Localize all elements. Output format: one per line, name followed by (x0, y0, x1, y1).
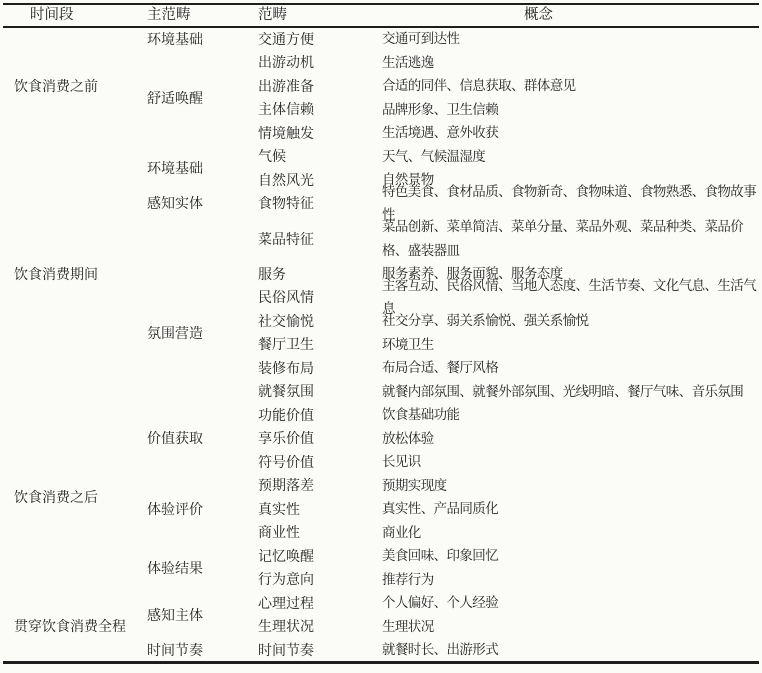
category-cell: 预期落差 (258, 475, 382, 495)
table-row: 出游准备 合适的同伴、信息获取、群体意见 (0, 74, 762, 98)
table-row: 交通方便 交通可到达性 (0, 27, 762, 51)
category-cell: 行为意向 (258, 569, 382, 589)
category-cell: 生理状况 (258, 616, 382, 636)
table-row: 民俗风情 主客互动、民俗风情、当地人态度、生活节奏、文化气息、生活气息 (0, 286, 762, 310)
category-cell: 交通方便 (258, 29, 382, 49)
table-row: 商业性 商业化 (0, 521, 762, 545)
concept-cell: 生活逃逸 (382, 51, 762, 75)
category-cell: 功能价值 (258, 405, 382, 425)
concept-cell: 预期实现度 (382, 474, 762, 498)
table-row: 真实性 真实性、产品同质化 (0, 497, 762, 521)
table-row: 社交愉悦 社交分享、弱关系愉悦、强关系愉悦 (0, 309, 762, 333)
concept-cell: 就餐时长、出游形式 (382, 638, 762, 662)
concept-cell: 合适的同伴、信息获取、群体意见 (382, 74, 762, 98)
concept-cell: 生活境遇、意外收获 (382, 121, 762, 145)
concept-cell: 布局合适、餐厅风格 (382, 356, 762, 380)
column-header-time-period: 时间段 (30, 5, 74, 25)
column-header-category: 范畴 (258, 5, 287, 25)
table-row: 餐厅卫生 环境卫生 (0, 333, 762, 357)
table-row: 出游动机 生活逃逸 (0, 51, 762, 75)
concept-cell: 菜品创新、菜单简洁、菜单分量、菜品外观、菜品种类、菜品价格、盛装器皿 (382, 215, 762, 262)
category-cell: 自然风光 (258, 170, 382, 190)
category-cell: 社交愉悦 (258, 311, 382, 331)
category-cell: 餐厅卫生 (258, 334, 382, 354)
table-top-rule (3, 3, 759, 5)
table-row: 装修布局 布局合适、餐厅风格 (0, 356, 762, 380)
category-cell: 食物特征 (258, 193, 382, 213)
category-cell: 情境触发 (258, 123, 382, 143)
category-cell: 气候 (258, 146, 382, 166)
table-row: 享乐价值 放松体验 (0, 427, 762, 451)
category-cell: 符号价值 (258, 452, 382, 472)
category-cell: 享乐价值 (258, 428, 382, 448)
category-cell: 记忆唤醒 (258, 546, 382, 566)
table-row: 主体信赖 品牌形象、卫生信赖 (0, 98, 762, 122)
concept-cell: 就餐内部氛围、就餐外部氛围、光线明暗、餐厅气味、音乐氛围 (382, 380, 762, 404)
table-row: 符号价值 长见识 (0, 450, 762, 474)
category-cell: 商业性 (258, 522, 382, 542)
concept-cell: 美食回味、印象回忆 (382, 544, 762, 568)
concept-cell: 长见识 (382, 450, 762, 474)
table-row: 菜品特征 菜品创新、菜单简洁、菜单分量、菜品外观、菜品种类、菜品价格、盛装器皿 (0, 215, 762, 262)
table-row: 气候 天气、气候温湿度 (0, 145, 762, 169)
concept-cell: 真实性、产品同质化 (382, 497, 762, 521)
category-cell: 装修布局 (258, 358, 382, 378)
category-cell: 心理过程 (258, 593, 382, 613)
category-cell: 出游准备 (258, 76, 382, 96)
table-row: 情境触发 生活境遇、意外收获 (0, 121, 762, 145)
concept-cell: 放松体验 (382, 427, 762, 451)
concept-cell: 生理状况 (382, 615, 762, 639)
concept-cell: 社交分享、弱关系愉悦、强关系愉悦 (382, 309, 762, 333)
column-header-main-category: 主范畴 (147, 5, 191, 25)
concept-cell: 推荐行为 (382, 568, 762, 592)
category-cell: 主体信赖 (258, 99, 382, 119)
table-row: 食物特征 特色美食、食材品质、食物新奇、食物味道、食物熟悉、食物故事性 (0, 192, 762, 216)
concept-cell: 天气、气候温湿度 (382, 145, 762, 169)
category-cell: 服务 (258, 264, 382, 284)
table-row: 预期落差 预期实现度 (0, 474, 762, 498)
concept-cell: 交通可到达性 (382, 27, 762, 51)
category-cell: 时间节奏 (258, 640, 382, 660)
table-row: 心理过程 个人偏好、个人经验 (0, 591, 762, 615)
concept-cell: 品牌形象、卫生信赖 (382, 98, 762, 122)
category-cell: 出游动机 (258, 52, 382, 72)
category-cell: 就餐氛围 (258, 381, 382, 401)
table-row: 行为意向 推荐行为 (0, 568, 762, 592)
column-header-concept: 概念 (524, 5, 553, 25)
table-row: 功能价值 饮食基础功能 (0, 403, 762, 427)
category-cell: 民俗风情 (258, 287, 382, 307)
concept-cell: 饮食基础功能 (382, 403, 762, 427)
table-row: 时间节奏 就餐时长、出游形式 (0, 638, 762, 662)
concept-cell: 个人偏好、个人经验 (382, 591, 762, 615)
concept-cell: 商业化 (382, 521, 762, 545)
concept-cell: 环境卫生 (382, 333, 762, 357)
document-table-page: 时间段 主范畴 范畴 概念 饮食消费之前 饮食消费期间 饮食消费之后 贯穿饮食消… (0, 0, 762, 673)
table-body: 交通方便 交通可到达性 出游动机 生活逃逸 出游准备 合适的同伴、信息获取、群体… (0, 27, 762, 662)
category-cell: 菜品特征 (258, 229, 382, 249)
table-row: 记忆唤醒 美食回味、印象回忆 (0, 544, 762, 568)
table-row: 就餐氛围 就餐内部氛围、就餐外部氛围、光线明暗、餐厅气味、音乐氛围 (0, 380, 762, 404)
category-cell: 真实性 (258, 499, 382, 519)
table-row: 生理状况 生理状况 (0, 615, 762, 639)
